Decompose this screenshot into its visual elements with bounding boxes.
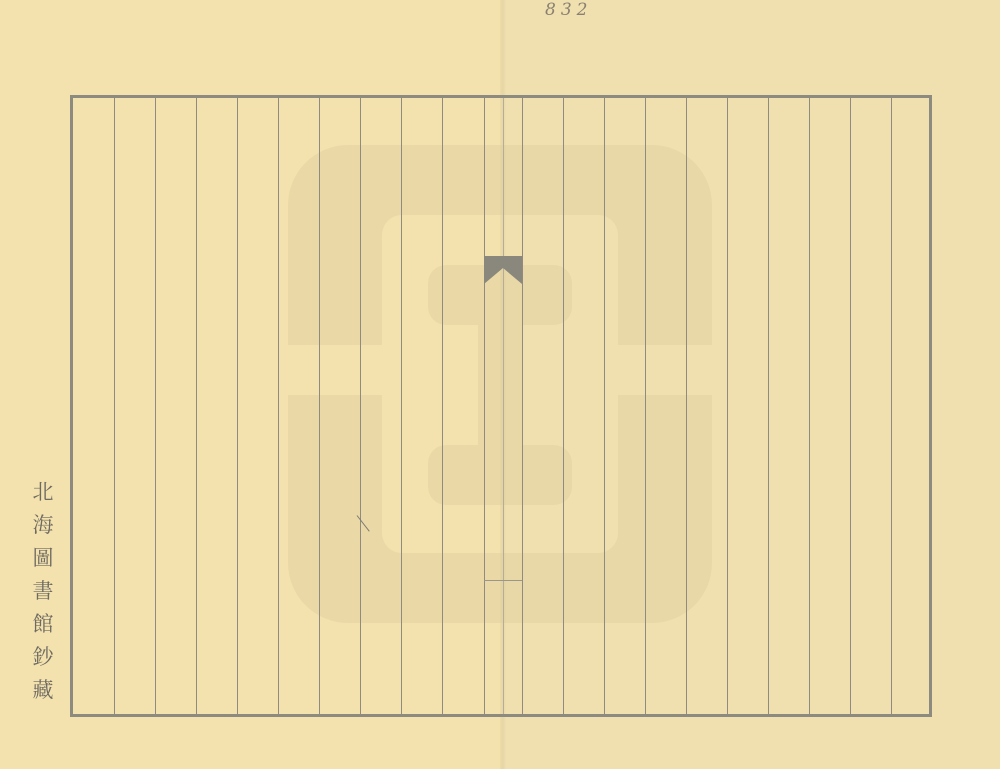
column-rule [360, 98, 361, 714]
column-rule [604, 98, 605, 714]
column-rule [891, 98, 892, 714]
column-rule [278, 98, 279, 714]
page-number-annotation: 832 [545, 0, 592, 20]
ruled-frame [70, 95, 932, 717]
center-column-inner-rule [503, 98, 504, 714]
seal-char: 書 [30, 575, 56, 608]
column-rule [768, 98, 769, 714]
column-rule [727, 98, 728, 714]
center-column-crossbar [484, 580, 522, 581]
column-rule [401, 98, 402, 714]
column-rule [686, 98, 687, 714]
column-rule [850, 98, 851, 714]
column-rule [563, 98, 564, 714]
column-rule [237, 98, 238, 714]
column-rule [155, 98, 156, 714]
seal-char: 館 [30, 608, 56, 641]
column-rule [196, 98, 197, 714]
seal-char: 海 [30, 509, 56, 542]
column-rule [809, 98, 810, 714]
seal-char: 圖 [30, 542, 56, 575]
column-rule [319, 98, 320, 714]
column-rule [442, 98, 443, 714]
column-rule [645, 98, 646, 714]
column-rule [522, 98, 523, 714]
column-rule [484, 98, 485, 714]
seal-char: 鈔 [30, 641, 56, 674]
seal-char: 藏 [30, 674, 56, 707]
seal-char: 北 [30, 476, 56, 509]
collector-seal-text: 北 海 圖 書 館 鈔 藏 [30, 476, 56, 707]
fish-tail-mark-icon [484, 256, 522, 284]
column-rule [114, 98, 115, 714]
